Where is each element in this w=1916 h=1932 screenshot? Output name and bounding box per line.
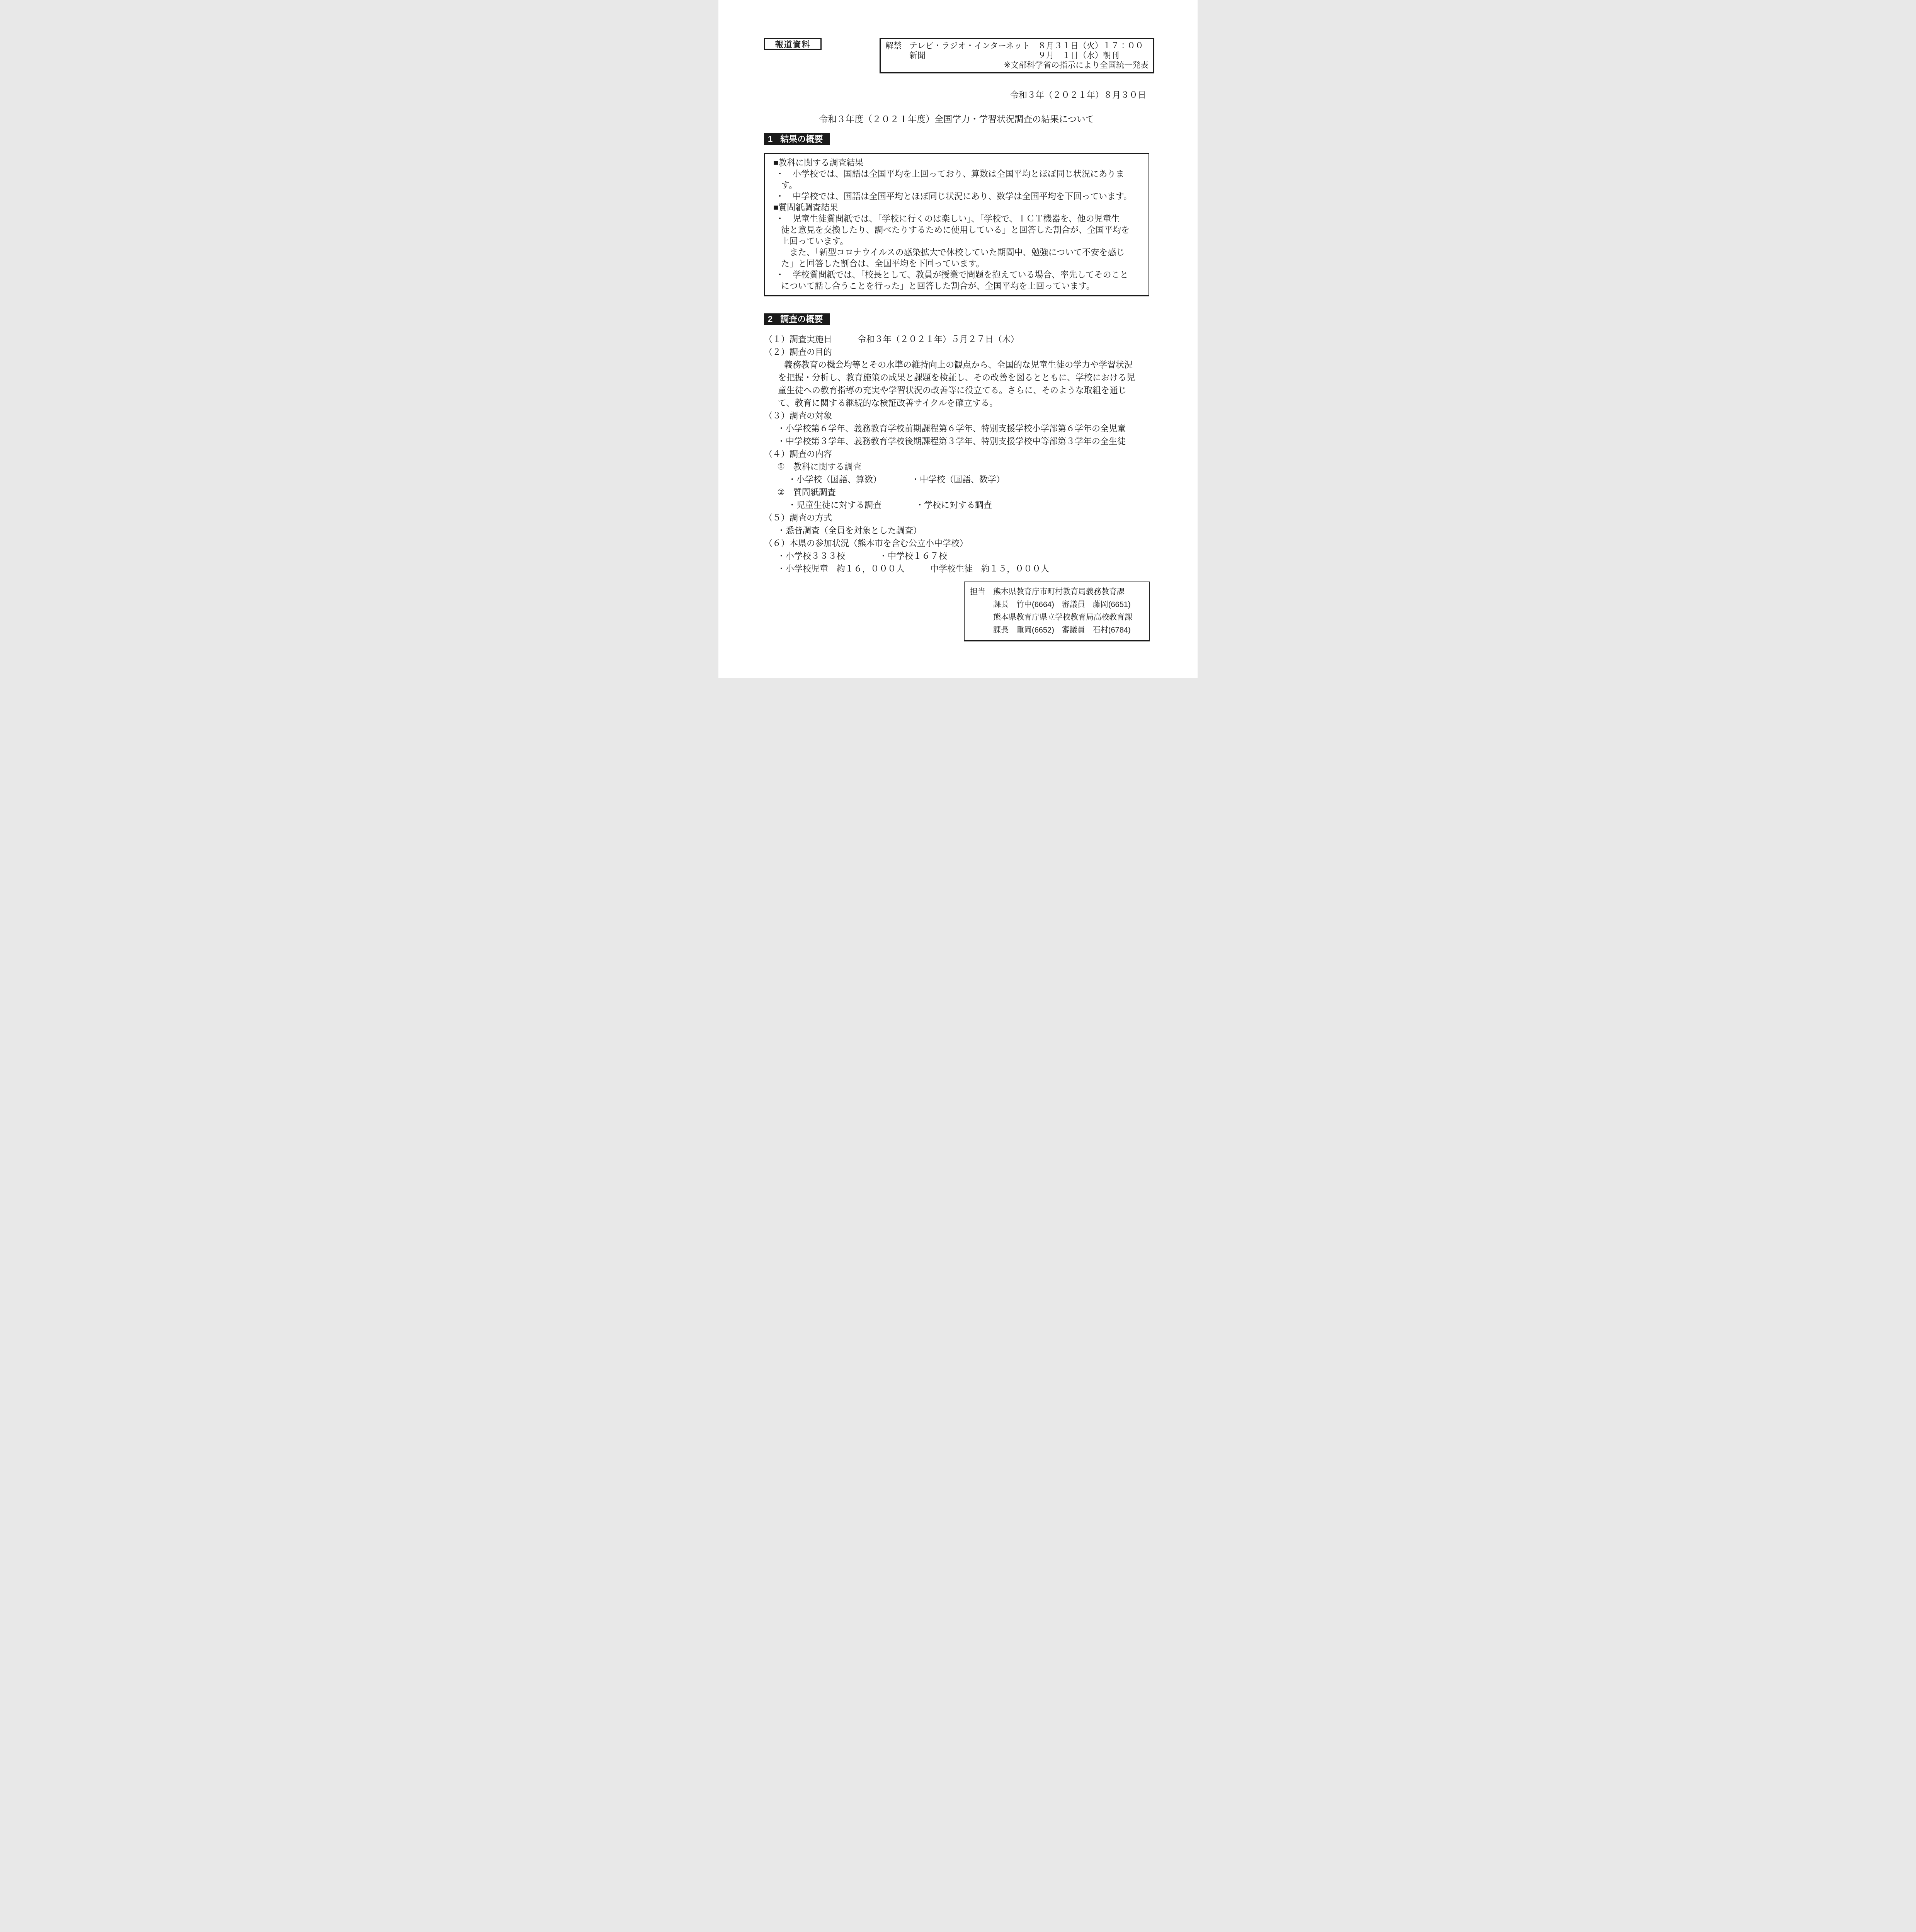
embargo-time-row2: ９月 １日（水）朝刊 — [1038, 51, 1143, 60]
embargo-schedule: 解禁 テレビ・ラジオ・インターネット ８月３１日（火）１７：００ 新聞 ９月 １… — [885, 41, 1149, 60]
contact-line: 課長 重岡(6652) 審議員 石村(6784) — [970, 624, 1144, 637]
embargo-media-row2: 新聞 — [909, 51, 1030, 60]
overview-line: について話し合うことを行った」と回答した割合が、全国平均を上回っています。 — [781, 280, 1144, 291]
outline-bullet: ・悉皆調査（全員を対象とした調査） — [777, 524, 1149, 537]
issue-date: 令和３年（２０２１年）８月３０日 — [764, 90, 1149, 100]
embargo-note: ※文部科学省の指示により全国統一発表 — [885, 60, 1149, 70]
overview-line: また、「新型コロナウイルスの感染拡大で休校していた期間中、勉強について不安を感じ — [781, 247, 1144, 258]
outline-paragraph: を把握・分析し、教育施策の成果と課題を検証し、その改善を図るとともに、学校におけ… — [778, 371, 1149, 384]
document-title: 令和３年度（２０２１年度）全国学力・学習状況調査の結果について — [764, 114, 1149, 124]
section2-header: 2調査の概要 — [764, 313, 830, 325]
contact-line: 熊本県教育庁県立学校教育局高校教育課 — [970, 611, 1144, 624]
section1-header: 1結果の概要 — [764, 133, 830, 145]
outline-item: （６）本県の参加状況（熊本市を含む公立小中学校） — [764, 537, 1149, 549]
results-overview-box: ■教科に関する調査結果 ・ 小学校では、国語は全国平均を上回っており、算数は全国… — [764, 153, 1149, 296]
outline-bullet: ・小学校児童 約１６，０００人 中学校生徒 約１５，０００人 — [777, 562, 1149, 575]
outline-item: （４）調査の内容 — [764, 447, 1149, 460]
outline-paragraph: て、教育に関する継続的な検証改善サイクルを確立する。 — [778, 396, 1149, 409]
press-material-label: 報道資料 — [775, 38, 811, 50]
embargo-box: 解禁 テレビ・ラジオ・インターネット ８月３１日（火）１７：００ 新聞 ９月 １… — [880, 38, 1154, 73]
press-material-badge: 報道資料 — [764, 38, 822, 50]
press-release-page: 報道資料 解禁 テレビ・ラジオ・インターネット ８月３１日（火）１７：００ 新聞… — [718, 0, 1198, 678]
overview-line: 徒と意見を交換したり、調べたりするために使用している」と回答した割合が、全国平均… — [781, 224, 1144, 235]
outline-bullet: ・小学校第６学年、義務教育学校前期課程第６学年、特別支援学校小学部第６学年の全児… — [777, 422, 1149, 435]
overview-subheading: ■教科に関する調査結果 — [773, 157, 1144, 168]
overview-line: ・ 学校質問紙では、「校長として、教員が授業で問題を抱えている場合、率先してその… — [776, 269, 1144, 280]
section1-heading: 結果の概要 — [780, 134, 823, 144]
section2-heading: 調査の概要 — [780, 314, 823, 324]
outline-bullet: ・小学校（国語、算数） ・中学校（国語、数学） — [788, 473, 1149, 486]
overview-line: た」と回答した割合は、全国平均を下回っています。 — [781, 258, 1144, 269]
embargo-time-row1: ８月３１日（火）１７：００ — [1038, 41, 1143, 51]
contact-line: 担当 熊本県教育庁市町村教育局義務教育課 — [970, 586, 1144, 599]
page-header-row: 報道資料 解禁 テレビ・ラジオ・インターネット ８月３１日（火）１７：００ 新聞… — [764, 38, 1149, 73]
embargo-media-row1: テレビ・ラジオ・インターネット — [909, 41, 1030, 51]
overview-line: ・ 小学校では、国語は全国平均を上回っており、算数は全国平均とほぼ同じ状況にあり… — [776, 168, 1144, 179]
section1-header-row: 1結果の概要 — [764, 133, 1149, 145]
overview-line: 上回っています。 — [781, 235, 1144, 247]
embargo-spacer — [885, 51, 902, 60]
overview-line: す。 — [781, 179, 1144, 190]
outline-subitem: ② 質問紙調査 — [777, 486, 1149, 498]
embargo-release-label: 解禁 — [885, 41, 902, 51]
section2-header-row: 2調査の概要 — [764, 313, 1149, 325]
outline-bullet: ・中学校第３学年、義務教育学校後期課程第３学年、特別支援学校中等部第３学年の全生… — [777, 435, 1149, 447]
overview-line: ・ 中学校では、国語は全国平均とほぼ同じ状況にあり、数学は全国平均を下回っていま… — [776, 190, 1144, 202]
outline-item: （１）調査実施日 令和３年（２０２１年）５月２７日（木） — [764, 333, 1149, 345]
outline-subitem: ① 教科に関する調査 — [777, 460, 1149, 473]
outline-paragraph: 義務教育の機会均等とその水準の維持向上の観点から、全国的な児童生徒の学力や学習状… — [784, 358, 1149, 371]
overview-line: ・ 児童生徒質問紙では、「学校に行くのは楽しい」、「学校で、ＩＣＴ機器を、他の児… — [776, 213, 1144, 224]
outline-item: （３）調査の対象 — [764, 409, 1149, 422]
section1-number: 1 — [768, 134, 773, 144]
section2-number: 2 — [768, 314, 773, 324]
contact-line: 課長 竹中(6664) 審議員 藤岡(6651) — [970, 599, 1144, 611]
survey-outline-section: （１）調査実施日 令和３年（２０２１年）５月２７日（木） （２）調査の目的 義務… — [764, 333, 1149, 575]
outline-paragraph: 童生徒への教育指導の充実や学習状況の改善等に役立てる。さらに、そのような取組を通… — [778, 384, 1149, 396]
contact-box: 担当 熊本県教育庁市町村教育局義務教育課 課長 竹中(6664) 審議員 藤岡(… — [964, 582, 1150, 641]
outline-bullet: ・小学校３３３校 ・中学校１６７校 — [777, 549, 1149, 562]
outline-item: （２）調査の目的 — [764, 345, 1149, 358]
outline-bullet: ・児童生徒に対する調査 ・学校に対する調査 — [788, 498, 1149, 511]
overview-subheading: ■質問紙調査結果 — [773, 202, 1144, 213]
outline-item: （５）調査の方式 — [764, 511, 1149, 524]
